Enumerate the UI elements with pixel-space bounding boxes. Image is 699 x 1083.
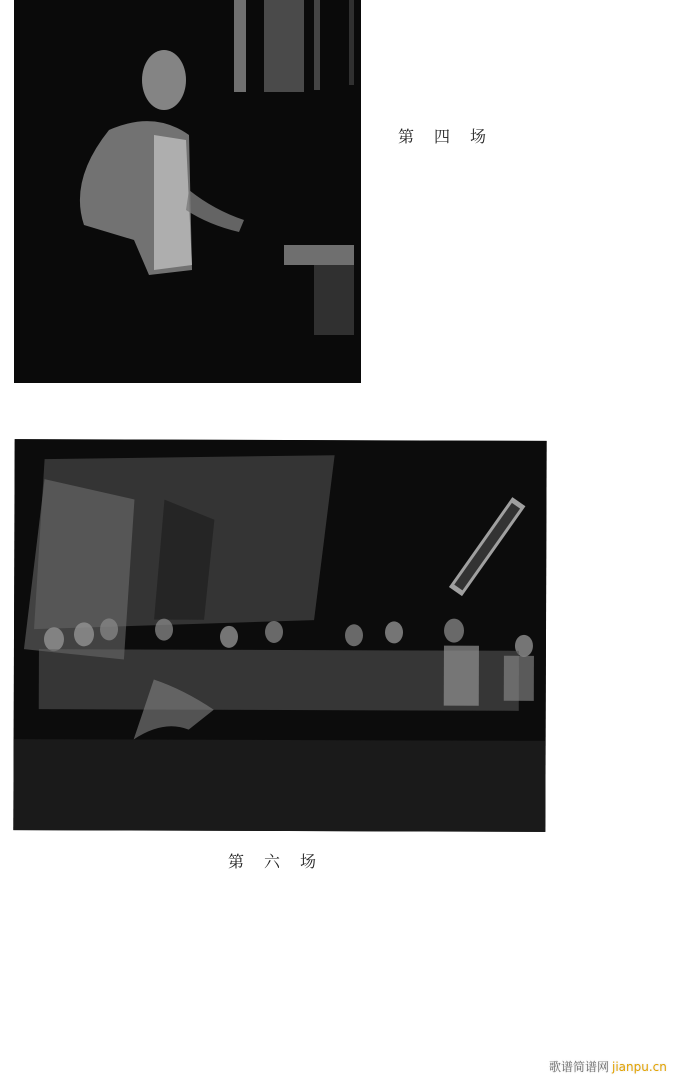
caption-scene-six-char-3: 场 [300, 849, 316, 872]
caption-scene-six-char-2: 六 [264, 849, 280, 872]
stage-photo-scene-four [14, 0, 361, 383]
caption-scene-six: 第六场 [228, 849, 316, 872]
photo-scene-four-image [14, 0, 361, 383]
watermark-site-text: jianpu.cn [612, 1060, 667, 1074]
watermark-cn-text: 歌谱简谱网 [549, 1060, 609, 1074]
photo-scene-six-image [13, 439, 546, 832]
caption-scene-four-char-1: 第 [398, 124, 414, 147]
watermark: 歌谱简谱网jianpu.cn [549, 1058, 667, 1075]
caption-scene-four-char-3: 场 [470, 124, 486, 147]
caption-scene-four: 第四场 [398, 124, 486, 147]
caption-scene-six-char-1: 第 [228, 849, 244, 872]
caption-scene-four-char-2: 四 [434, 124, 450, 147]
stage-photo-scene-six [13, 439, 546, 832]
